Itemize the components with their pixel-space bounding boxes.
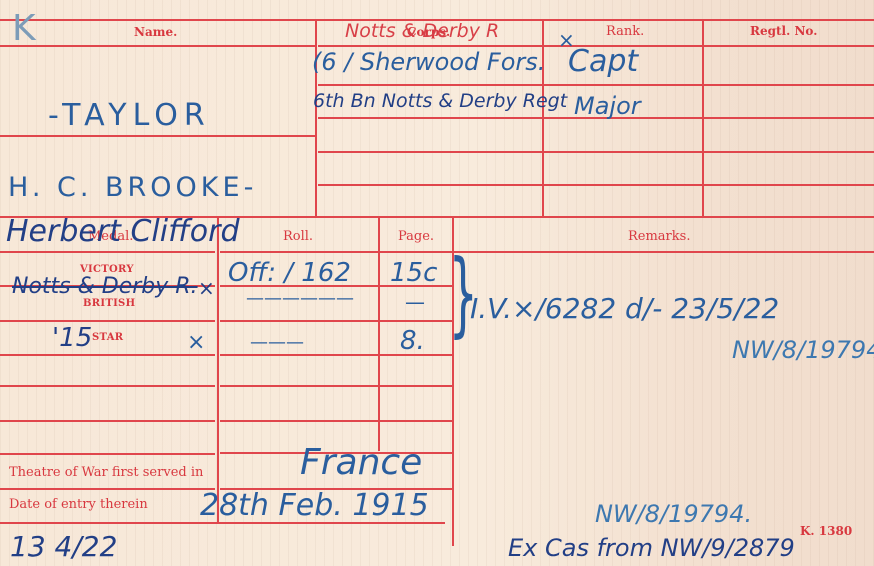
- label-date-of-entry: Date of entry therein: [9, 497, 148, 512]
- rule: [0, 385, 215, 387]
- theatre-entry: France: [300, 442, 422, 483]
- rule: [217, 216, 219, 523]
- corps-struck-entry: Notts & Derby R: [345, 20, 499, 42]
- roll-entry-3: ———: [250, 332, 304, 353]
- rule: [0, 420, 215, 422]
- header-remarks: Remarks.: [628, 229, 690, 244]
- header-regtl-no: Regtl. No.: [750, 24, 817, 38]
- corps-entry-1: (6 / Sherwood Fors.: [312, 48, 545, 76]
- bottom-ref-2: Ex Cas from NW/9/2879: [508, 534, 795, 562]
- date-entry: 28th Feb. 1915: [200, 488, 429, 523]
- corner-mark: K: [12, 8, 36, 49]
- medal-label-british: BRITISH: [83, 298, 135, 309]
- rule: [220, 251, 874, 253]
- header-page: Page.: [398, 229, 434, 244]
- surname: -TAYLOR: [48, 98, 211, 133]
- rule: [318, 184, 874, 186]
- rule: [0, 45, 315, 47]
- rule: [0, 488, 215, 490]
- bottom-ref-1: NW/8/19794.: [595, 500, 752, 528]
- rule: [318, 151, 874, 153]
- roll-entry-2: ——————: [246, 288, 354, 309]
- rule: [702, 19, 704, 218]
- rule: [0, 251, 215, 253]
- rule: [220, 385, 452, 387]
- star-prefix: '15: [52, 323, 92, 353]
- medal-index-card: Name. Corps. Rank. Regtl. No. Medal. Rol…: [0, 0, 874, 566]
- rule: [0, 320, 215, 322]
- header-name: Name.: [134, 25, 177, 39]
- rule: [0, 354, 215, 356]
- page-entry-1: 15c: [390, 258, 437, 288]
- rule: [0, 135, 315, 137]
- page-entry-2: —: [405, 290, 425, 314]
- medal-unit-mark: ×: [198, 276, 215, 300]
- rank-entry-2: Major: [574, 92, 641, 120]
- remarks-entry-1: I.V.×/6282 d/- 23/5/22: [470, 292, 779, 325]
- header-roll: Roll.: [283, 229, 313, 244]
- roll-entry-1: Off: / 162: [228, 258, 351, 288]
- rule: [318, 84, 874, 86]
- forenames: Herbert Clifford: [6, 214, 239, 249]
- remarks-entry-2: NW/8/19794: [732, 336, 874, 364]
- page-entry-3: 8.: [400, 326, 425, 356]
- medal-label-star: STAR: [92, 332, 123, 343]
- label-theatre: Theatre of War first served in: [9, 465, 203, 480]
- star-mark: ×: [187, 330, 205, 355]
- rule: [0, 453, 215, 455]
- rank-entry-1: Capt: [568, 44, 638, 79]
- rule: [220, 420, 452, 422]
- header-rank: Rank.: [606, 24, 644, 39]
- initials: H. C. BROOKE-: [8, 172, 257, 203]
- bottom-left-note: 13 4/22: [10, 530, 117, 563]
- corps-entry-2: 6th Bn Notts & Derby Regt: [313, 90, 567, 112]
- medal-unit-entry: Notts & Derby R.: [12, 274, 198, 299]
- rule: [220, 320, 452, 322]
- form-code: K. 1380: [800, 524, 852, 538]
- rule: [378, 216, 380, 451]
